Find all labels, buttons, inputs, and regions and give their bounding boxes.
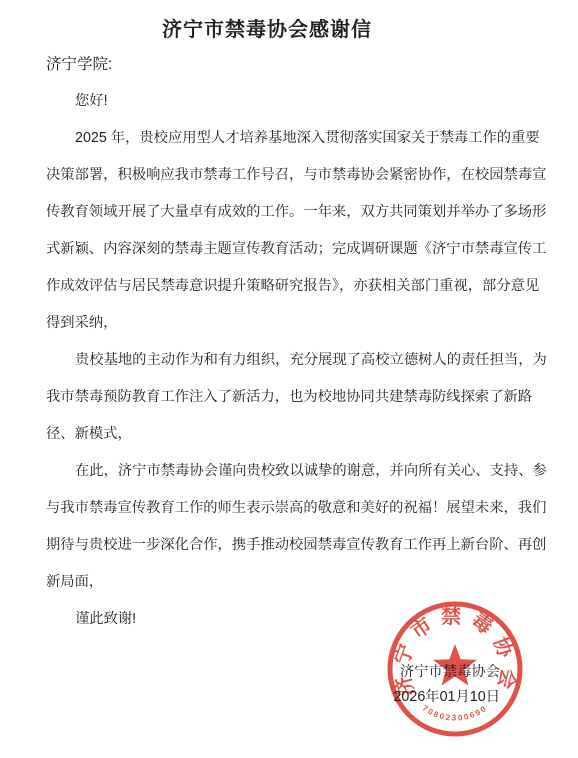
body-line: 在此，济宁市禁毒协会谨向贵校致以诚挚的谢意，并向所有关心、支持、参 [46, 453, 551, 490]
signature-name: 济宁市禁毒协会 [393, 660, 500, 685]
body-line: 式新颖、内容深刻的禁毒主题宣传教育活动；完成调研课题《济宁市禁毒宣传工 [46, 231, 551, 268]
signature-date: 2026年01月10日 [393, 685, 500, 710]
body-line: 贵校基地的主动作为和有力组织，充分展现了高校立德树人的责任担当，为 [46, 342, 551, 379]
signature-block: 济宁市禁毒协会 2026年01月10日 [393, 660, 500, 710]
body-line: 新局面， [46, 564, 551, 601]
body-line: 期待与贵校进一步深化合作，携手推动校园禁毒宣传教育工作再上新台阶、再创 [46, 527, 551, 564]
letter-title: 济宁市禁毒协会感谢信 [0, 0, 534, 46]
body-line: 传教育领域开展了大量卓有成效的工作。一年来，双方共同策划并举办了多场形 [46, 194, 551, 231]
body-line: 得到采纳， [46, 305, 551, 342]
paragraph-1: 2025 年，贵校应用型人才培养基地深入贯彻落实国家关于禁毒工作的重要 决策部署… [46, 120, 551, 342]
body-line: 作成效评估与居民禁毒意识提升策略研究报告》，亦获相关部门重视，部分意见 [46, 268, 551, 305]
body-line: 与我市禁毒宣传教育工作的师生表示崇高的敬意和美好的祝福！展望未来，我们 [46, 490, 551, 527]
salutation-line: 济宁学院: [46, 46, 551, 83]
paragraph-2: 贵校基地的主动作为和有力组织，充分展现了高校立德树人的责任担当，为 我市禁毒预防… [46, 342, 551, 453]
body-line: 我市禁毒预防教育工作注入了新活力，也为校地协同共建禁毒防线探索了新路 [46, 379, 551, 416]
paragraph-3: 在此，济宁市禁毒协会谨向贵校致以诚挚的谢意，并向所有关心、支持、参 与我市禁毒宣… [46, 453, 551, 601]
body-line: 径、新模式， [46, 416, 551, 453]
greeting-line: 您好! [46, 83, 551, 120]
letter-body: 济宁学院: 您好! 2025 年，贵校应用型人才培养基地深入贯彻落实国家关于禁毒… [46, 46, 551, 638]
letter-page: 济宁市禁毒协会感谢信 济宁学院: 您好! 2025 年，贵校应用型人才培养基地深… [0, 0, 578, 758]
body-line: 2025 年，贵校应用型人才培养基地深入贯彻落实国家关于禁毒工作的重要 [46, 120, 551, 157]
body-line: 决策部署，积极响应我市禁毒工作号召，与市禁毒协会紧密协作，在校园禁毒宣 [46, 157, 551, 194]
